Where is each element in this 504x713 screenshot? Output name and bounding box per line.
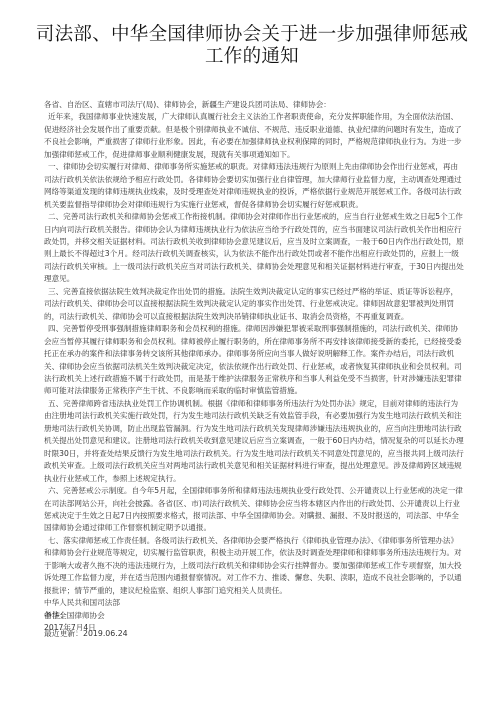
paragraph-section-7: 七、落实律师惩戒工作责任制。各级司法行政机关、各律师协会要严格执行《律师执业管理… xyxy=(44,535,464,597)
paragraph-section-1: 一、律师协会切实履行对律师、律师事务所实施惩戒的职责。对律师违法违规行为原则上先… xyxy=(44,161,464,211)
signatory-bar-association: 中华全国律师协会 xyxy=(44,610,464,622)
paragraph-section-2: 二、完善司法行政机关和律师协会惩戒工作衔接机制。律师协会对律师作出行业惩戒的，应… xyxy=(44,211,464,286)
paragraph-section-3: 三、完善直接依据法院生效判决裁定作出处罚的措施。法院生效判决裁定认定的事实已经过… xyxy=(44,286,464,323)
document-body: 各省、自治区、直辖市司法厅(局)、律师协会，新疆生产建设兵团司法局、律师协会： … xyxy=(44,99,464,634)
remarks-label: 备注： xyxy=(44,610,68,622)
paragraph-section-4: 四、完善暂停受刑事强制措施律师职务和会员权利的措施。律师因涉嫌犯罪被采取刑事强制… xyxy=(44,323,464,398)
paragraph-section-6: 六、完善惩戒公示制度。自今年5月起，全国律师事务所和律师违法违规执业受行政处罚、… xyxy=(44,485,464,535)
paragraph-intro: 近年来，我国律师事业快速发展，广大律师认真履行社会主义法治工作者职责使命，充分发… xyxy=(44,111,464,161)
addressee: 各省、自治区、直辖市司法厅(局)、律师协会，新疆生产建设兵团司法局、律师协会： xyxy=(44,99,464,111)
paragraph-section-5: 五、完善律师跨省违法执业处罚工作协调机制。根据《律师和律师事务所违法行为处罚办法… xyxy=(44,398,464,485)
signatory-ministry: 中华人民共和国司法部 xyxy=(44,597,464,609)
last-updated: 最近更新：2019.06.24 xyxy=(44,628,128,640)
document-title: 司法部、中华全国律师协会关于进一步加强律师惩戒工作的通知 xyxy=(30,24,474,68)
